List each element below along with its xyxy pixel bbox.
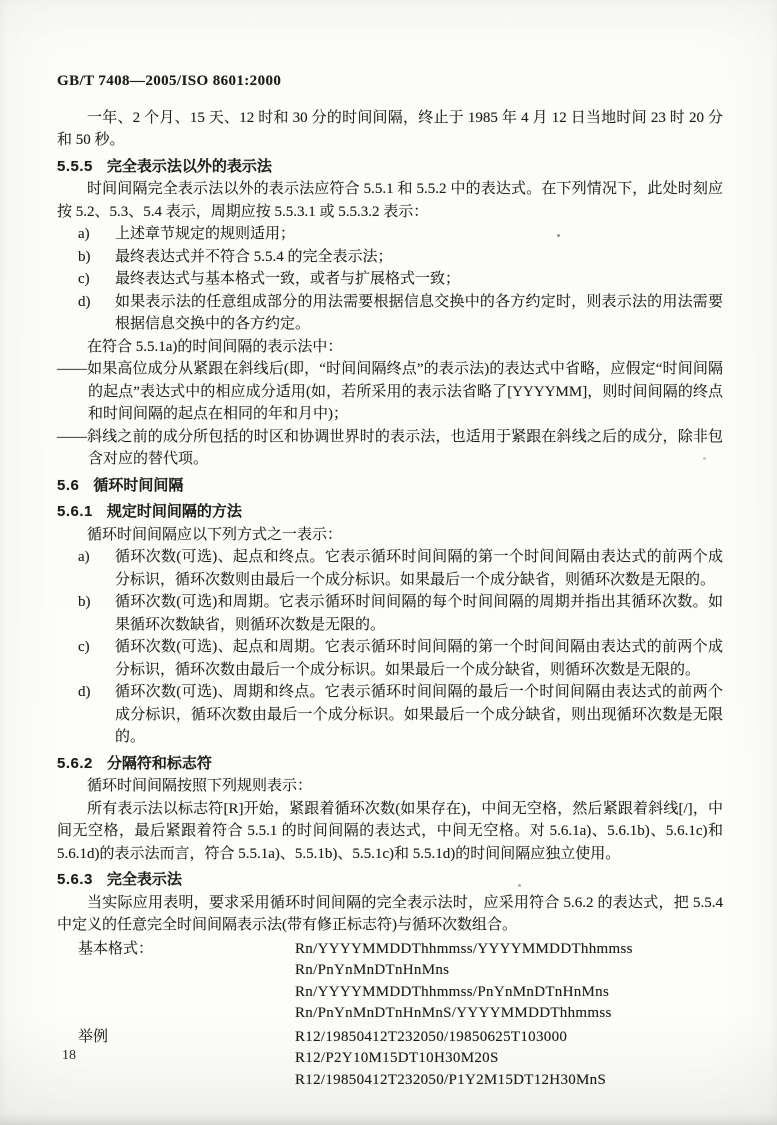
- example-line: R12/19850412T232050/19850625T103000: [295, 1027, 723, 1049]
- item-label: c): [78, 636, 90, 659]
- page-content: GB/T 7408—2005/ISO 8601:2000 一年、2 个月、15 …: [57, 70, 723, 1091]
- section-5-6-heading: 5.6循环时间间隔: [57, 475, 723, 498]
- format-line: Rn/YYYYMMDDThhmmss/YYYYMMDDThhmmss: [295, 939, 723, 961]
- basic-format-block: 基本格式： Rn/YYYYMMDDThhmmss/YYYYMMDDThhmmss…: [57, 939, 723, 1025]
- section-number: 5.6.1: [57, 503, 93, 520]
- item-label: b): [78, 246, 91, 269]
- item-label: b): [78, 591, 91, 614]
- format-line: Rn/YYYYMMDDThhmmss/PnYnMnDTnHnMns: [295, 982, 723, 1004]
- ordered-item-d: d)循环次数(可选)、周期和终点。它表示循环时间间隔的最后一个时间间隔由表达式的…: [57, 681, 723, 749]
- section-title: 完全表示法以外的表示法: [107, 158, 272, 175]
- paragraph-5-6-1-intro: 循环时间间隔应以下列方式之一表示：: [57, 524, 723, 547]
- ordered-item-c: c)循环次数(可选)、起点和周期。它表示循环时间间隔的第一个时间间隔由表达式的前…: [57, 636, 723, 681]
- ordered-item-a: a)上述章节规定的规则适用；: [57, 223, 723, 246]
- section-title: 分隔符和标志符: [107, 755, 212, 772]
- item-text: 循环次数(可选)、周期和终点。它表示循环时间间隔的最后一个时间间隔由表达式的前两…: [115, 684, 723, 745]
- section-title: 完全表示法: [107, 871, 182, 888]
- intro-paragraph: 一年、2 个月、15 天、12 时和 30 分的时间间隔，终止于 1985 年 …: [57, 107, 723, 152]
- document-code: GB/T 7408—2005/ISO 8601:2000: [57, 70, 723, 93]
- item-label: d): [78, 291, 91, 314]
- item-label: a): [78, 546, 90, 569]
- section-title: 规定时间间隔的方法: [107, 503, 242, 520]
- ordered-item-a: a)循环次数(可选)、起点和终点。它表示循环时间间隔的第一个时间间隔由表达式的前…: [57, 546, 723, 591]
- item-label: d): [78, 681, 91, 704]
- section-title: 循环时间间隔: [93, 477, 183, 494]
- format-line: Rn/PnYnMnDTnHnMnS/YYYYMMDDThhmmss: [295, 1003, 723, 1025]
- section-number: 5.6.3: [57, 871, 93, 888]
- section-number: 5.5.5: [57, 158, 93, 175]
- ordered-item-c: c)最终表达式与基本格式一致，或者与扩展格式一致；: [57, 268, 723, 291]
- section-number: 5.6: [57, 477, 79, 494]
- dash-paragraph-1: ——如果高位成分从紧跟在斜线后(即，“时间间隔终点”的表示法)的表达式中省略，应…: [57, 358, 723, 426]
- section-5-6-2-heading: 5.6.2分隔符和标志符: [57, 753, 723, 776]
- scan-speck: [703, 457, 706, 460]
- item-text: 循环次数(可选)和周期。它表示循环时间间隔的每个时间间隔的周期并指出其循环次数。…: [115, 594, 723, 633]
- paragraph-conditions-lead: 在符合 5.5.1a)的时间间隔的表示法中：: [57, 336, 723, 359]
- scanned-page: GB/T 7408—2005/ISO 8601:2000 一年、2 个月、15 …: [0, 0, 777, 1125]
- example-line: R12/19850412T232050/P1Y2M15DT12H30MnS: [295, 1070, 723, 1092]
- examples-block: 举例 R12/19850412T232050/19850625T103000 R…: [57, 1027, 723, 1092]
- ordered-item-b: b)最终表达式并不符合 5.5.4 的完全表示法；: [57, 246, 723, 269]
- example-line: R12/P2Y10M15DT10H30M20S: [295, 1048, 723, 1070]
- page-number: 18: [62, 1048, 76, 1064]
- format-line: Rn/PnYnMnDTnHnMns: [295, 960, 723, 982]
- item-text: 最终表达式与基本格式一致，或者与扩展格式一致；: [115, 271, 460, 287]
- paragraph-5-5-5-intro: 时间间隔完全表示法以外的表示法应符合 5.5.1 和 5.5.2 中的表达式。在…: [57, 178, 723, 223]
- examples-label: 举例: [78, 1027, 108, 1049]
- item-label: a): [78, 223, 90, 246]
- item-text: 如果表示法的任意组成部分的用法需要根据信息交换中的各方约定时，则表示法的用法需要…: [115, 294, 723, 333]
- ordered-item-b: b)循环次数(可选)和周期。它表示循环时间间隔的每个时间间隔的周期并指出其循环次…: [57, 591, 723, 636]
- paragraph-5-6-3-intro: 当实际应用表明，要求采用循环时间间隔的完全表示法时，应采用符合 5.6.2 的表…: [57, 892, 723, 937]
- section-5-6-1-heading: 5.6.1规定时间间隔的方法: [57, 501, 723, 524]
- dash-paragraph-2: ——斜线之前的成分所包括的时区和协调世界时的表示法，也适用于紧跟在斜线之后的成分…: [57, 426, 723, 471]
- item-text: 循环次数(可选)、起点和周期。它表示循环时间间隔的第一个时间间隔由表达式的前两个…: [115, 639, 723, 678]
- section-5-6-3-heading: 5.6.3完全表示法: [57, 869, 723, 892]
- ordered-item-d: d)如果表示法的任意组成部分的用法需要根据信息交换中的各方约定时，则表示法的用法…: [57, 291, 723, 336]
- paragraph-5-6-2-lead: 循环时间间隔按照下列规则表示：: [57, 775, 723, 798]
- section-5-5-5-heading: 5.5.5完全表示法以外的表示法: [57, 156, 723, 179]
- item-text: 循环次数(可选)、起点和终点。它表示循环时间间隔的第一个时间间隔由表达式的前两个…: [115, 549, 723, 588]
- scan-speck: [557, 234, 560, 237]
- item-text: 最终表达式并不符合 5.5.4 的完全表示法；: [115, 249, 393, 265]
- item-text: 上述章节规定的规则适用；: [115, 226, 295, 242]
- scan-speck: [518, 884, 521, 887]
- item-label: c): [78, 268, 90, 291]
- section-number: 5.6.2: [57, 755, 93, 772]
- basic-format-label: 基本格式：: [78, 939, 153, 961]
- paragraph-5-6-2-rules: 所有表示法以标志符[R]开始，紧跟着循环次数(如果存在)，中间无空格，然后紧跟着…: [57, 798, 723, 866]
